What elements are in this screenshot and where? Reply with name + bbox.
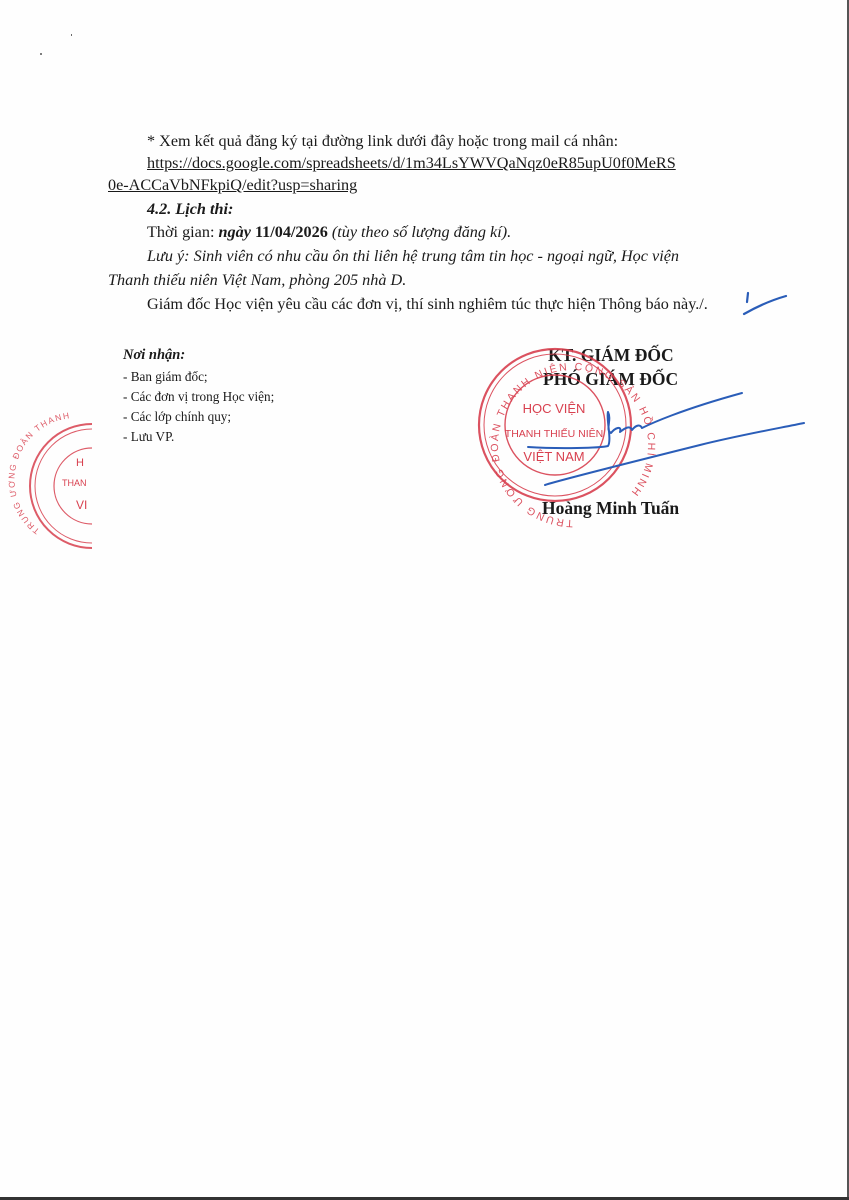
signature-title-1: KT. GIÁM ĐỐC [548, 345, 674, 366]
signer-name: Hoàng Minh Tuấn [542, 498, 679, 519]
results-link-line1[interactable]: https://docs.google.com/spreadsheets/d/1… [147, 153, 676, 173]
partial-seal [30, 424, 92, 548]
seal-line-3: VIỆT NAM [523, 449, 584, 464]
section-heading: 4.2. Lịch thi: [147, 199, 233, 219]
svg-text:TRUNG ƯƠNG ĐOÀN THANH: TRUNG ƯƠNG ĐOÀN THANH [6, 410, 71, 536]
partial-seal-line-2: THAN [62, 478, 87, 488]
exam-time: Thời gian: ngày 11/04/2026 (tùy theo số … [147, 222, 511, 242]
results-link-line2[interactable]: 0e-ACCaVbNFkpiQ/edit?usp=sharing [108, 175, 357, 195]
result-note: * Xem kết quả đăng ký tại đường link dướ… [147, 131, 618, 151]
recipients-title: Nơi nhận: [123, 345, 185, 365]
note-line-1: Lưu ý: Sinh viên có nhu cầu ôn thi liên … [147, 246, 679, 266]
seal-line-1: HỌC VIỆN [523, 401, 586, 416]
exam-time-note: (tùy theo số lượng đăng kí). [332, 223, 511, 241]
partial-seal-line-1: H [76, 457, 84, 469]
document-page: * Xem kết quả đăng ký tại đường link dướ… [0, 0, 849, 1200]
note-line-2: Thanh thiếu niên Việt Nam, phòng 205 nhà… [108, 270, 406, 290]
closing-statement: Giám đốc Học viện yêu cầu các đơn vị, th… [147, 294, 708, 314]
exam-day-word: ngày [219, 223, 251, 241]
scan-speck [40, 53, 42, 55]
partial-seal-line-3: VI [76, 498, 87, 512]
approval-tick-mark [744, 293, 786, 314]
recipient-item: - Các đơn vị trong Học viện; [123, 387, 274, 407]
handwritten-signature [528, 393, 804, 485]
exam-date: 11/04/2026 [255, 223, 328, 241]
exam-time-label: Thời gian: [147, 223, 219, 241]
seal-line-2: THANH THIẾU NIÊN [505, 427, 603, 440]
recipient-item: - Các lớp chính quy; [123, 407, 231, 427]
signature-title-2: PHÓ GIÁM ĐỐC [543, 369, 678, 390]
partial-seal-ring-text: TRUNG ƯƠNG ĐOÀN THANH [6, 410, 71, 536]
recipient-item: - Lưu VP. [123, 427, 174, 447]
recipient-item: - Ban giám đốc; [123, 367, 208, 387]
scan-speck [71, 34, 72, 36]
